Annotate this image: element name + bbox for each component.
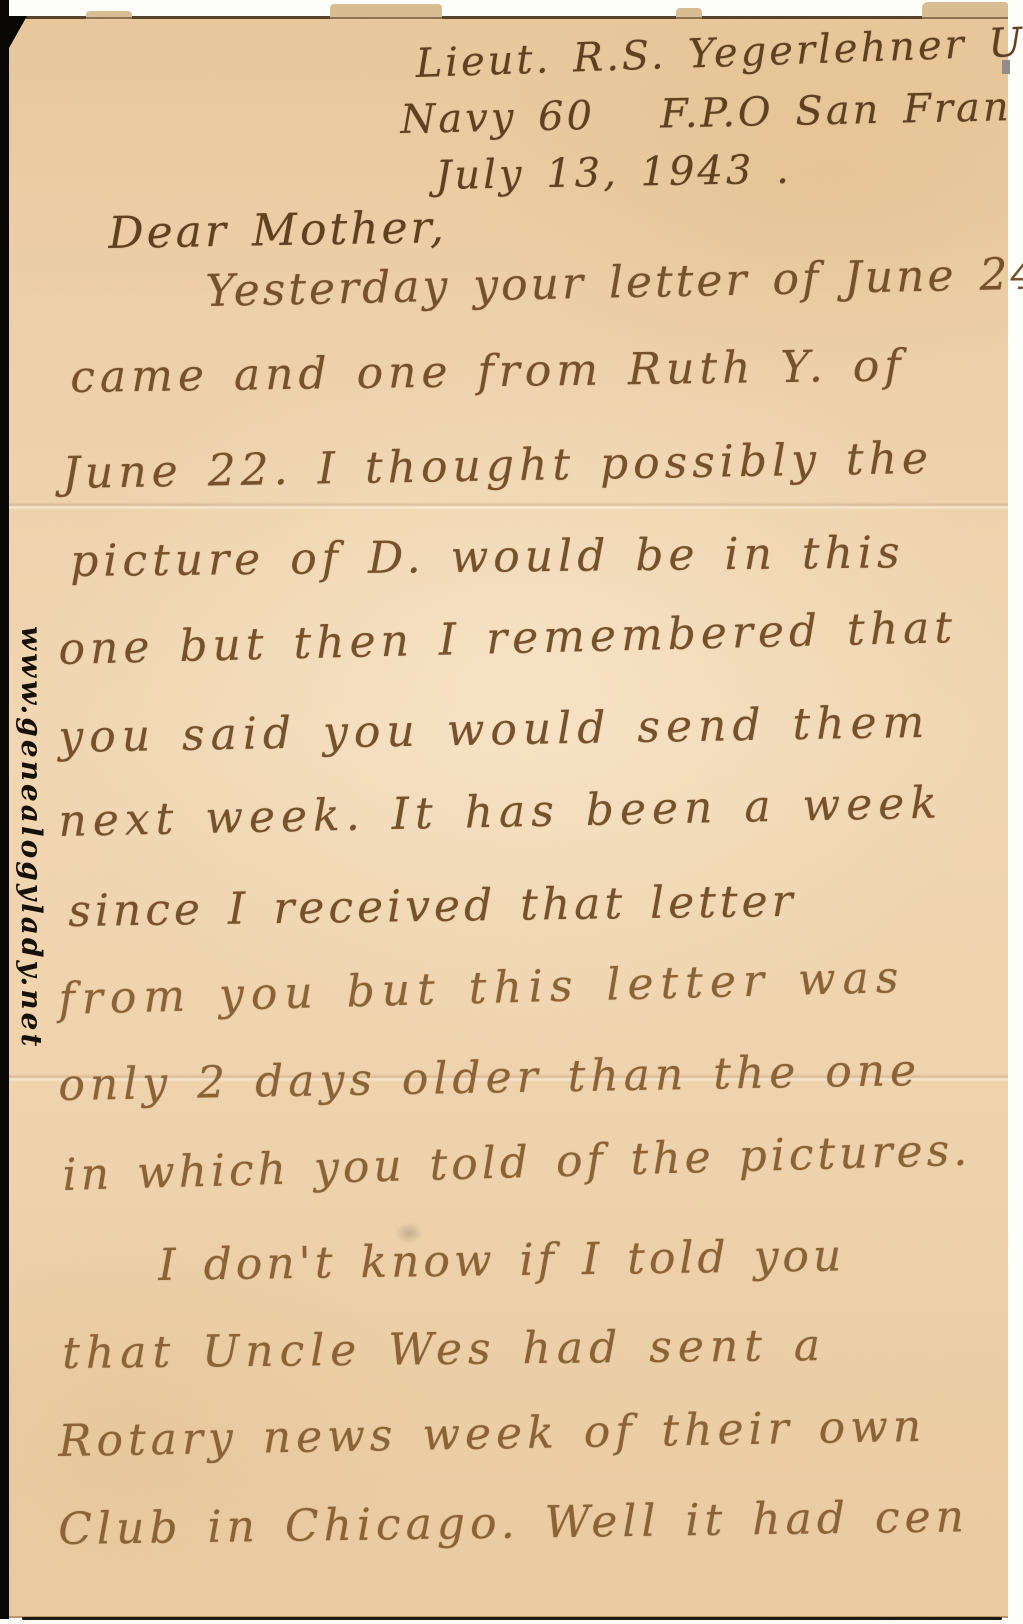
letter-line: that Uncle Wes had sent a xyxy=(62,1324,826,1376)
letter-line: since I received that letter xyxy=(68,880,797,934)
salutation: Dear Mother, xyxy=(108,206,447,256)
watermark: www.genealogylady.net xyxy=(15,626,48,1049)
letter-line: picture of D. would be in this xyxy=(70,531,905,584)
return-address-line-2: Navy 60 F.P.O San Fran xyxy=(400,87,1012,140)
date-line: July 13, 1943 . xyxy=(435,150,792,196)
torn-paper-tab xyxy=(330,4,442,19)
torn-paper-tab xyxy=(86,11,132,19)
letter-line: came and one from Ruth Y. of xyxy=(70,344,906,400)
scan-edge-left xyxy=(0,0,9,1619)
letter-line: Club in Chicago. Well it had cen xyxy=(58,1495,969,1552)
torn-paper-tab xyxy=(676,8,702,19)
letter-line: I don't know if I told you xyxy=(158,1234,846,1288)
scan-edge-bottom xyxy=(22,1617,1002,1620)
fold-crease xyxy=(8,502,1008,510)
scanned-letter-page: www.genealogylady.net Lieut. R.S. Yegerl… xyxy=(0,0,1023,1624)
torn-paper-tab xyxy=(922,2,1008,19)
